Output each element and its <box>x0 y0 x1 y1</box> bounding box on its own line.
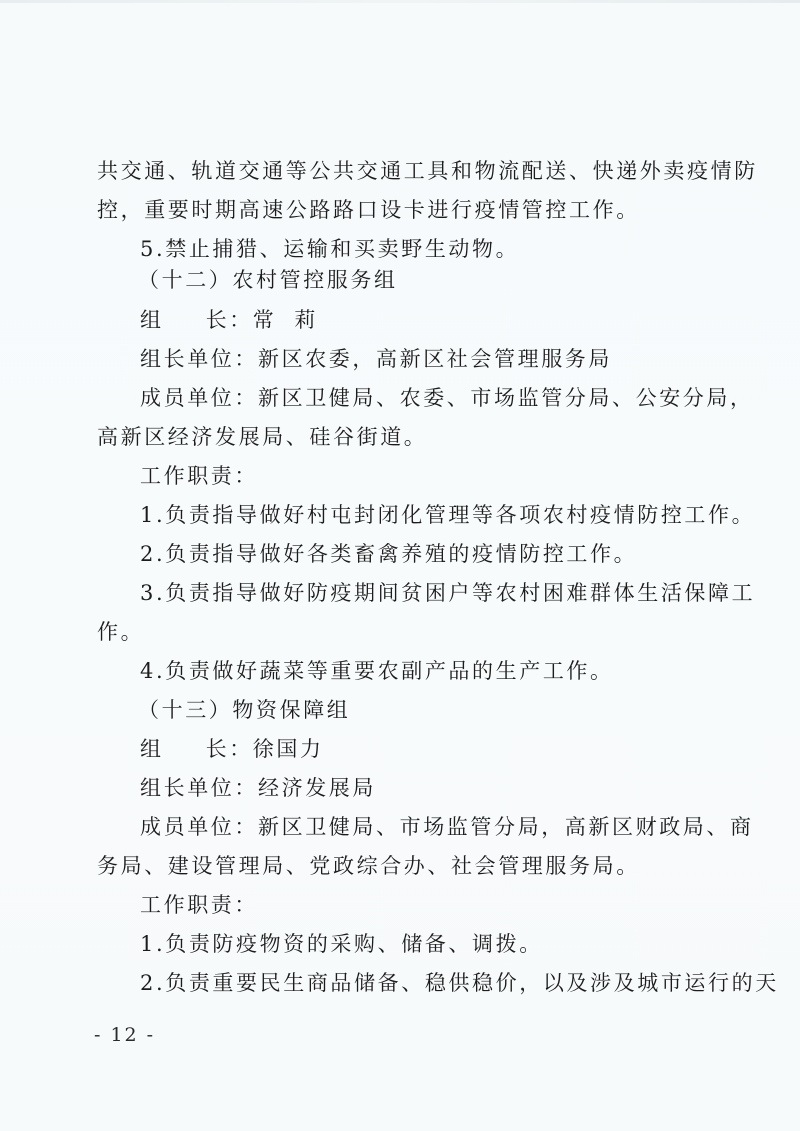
section-heading-12: （十二）农村管控服务组 <box>138 267 398 293</box>
leader-label-part1: 组 <box>140 737 164 761</box>
scan-edge <box>0 0 800 3</box>
leader-line-13: 组长：徐国力 <box>140 736 324 762</box>
paragraph-line: 5.禁止捕猎、运输和买卖野生动物。 <box>140 236 519 262</box>
document-page: 共交通、轨道交通等公共交通工具和物流配送、快递外卖疫情防 控，重要时期高速公路路… <box>0 0 800 1131</box>
duty-item: 1.负责指导做好村屯封闭化管理等各项农村疫情防控工作。 <box>140 502 755 528</box>
duties-label-12: 工作职责： <box>140 463 258 489</box>
duty-item-continuation: 作。 <box>97 619 144 645</box>
duty-item: 3.负责指导做好防疫期间贫困户等农村困难群体生活保障工 <box>140 580 755 606</box>
leader-line-12: 组长：常莉 <box>140 307 318 333</box>
paragraph-line: 控，重要时期高速公路路口设卡进行疫情管控工作。 <box>97 197 640 223</box>
duty-item: 1.负责防疫物资的采购、储备、调拨。 <box>140 931 543 957</box>
section-heading-13: （十三）物资保障组 <box>138 697 350 723</box>
leader-label-part2: 长：常 <box>206 308 277 332</box>
leader-label-part2: 长：徐国力 <box>206 737 324 761</box>
duty-item: 4.负责做好蔬菜等重要农副产品的生产工作。 <box>140 658 614 684</box>
member-units-13-line1: 成员单位：新区卫健局、市场监管分局，高新区财政局、商 <box>140 814 754 840</box>
leader-label-part1: 组 <box>140 308 164 332</box>
duties-label-13: 工作职责： <box>140 892 258 918</box>
leader-unit-13: 组长单位：经济发展局 <box>140 775 376 801</box>
member-units-13-line2: 务局、建设管理局、党政综合办、社会管理服务局。 <box>97 853 640 879</box>
leader-unit-12: 组长单位：新区农委，高新区社会管理服务局 <box>140 346 612 372</box>
duty-item: 2.负责指导做好各类畜禽养殖的疫情防控工作。 <box>140 541 637 567</box>
member-units-12-line2: 高新区经济发展局、硅谷街道。 <box>97 424 427 450</box>
leader-name-part2: 莉 <box>294 308 318 332</box>
paragraph-line: 共交通、轨道交通等公共交通工具和物流配送、快递外卖疫情防 <box>97 158 758 184</box>
member-units-12-line1: 成员单位：新区卫健局、农委、市场监管分局、公安分局， <box>140 385 754 411</box>
page-number: - 12 - <box>94 1024 155 1046</box>
duty-item: 2.负责重要民生商品储备、稳供稳价，以及涉及城市运行的天 <box>140 970 779 996</box>
